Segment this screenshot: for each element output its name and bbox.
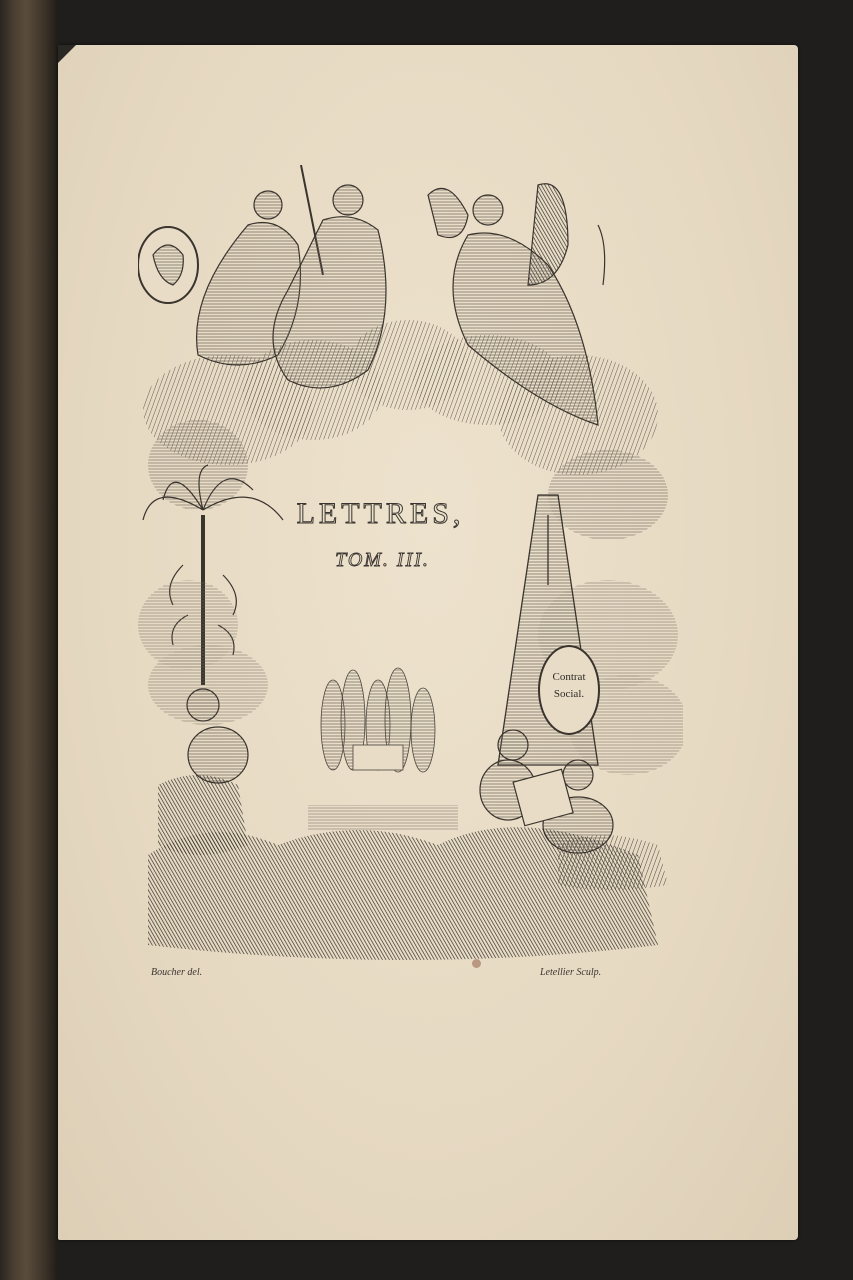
credit-engraver: Letellier Sculp. [540, 967, 601, 978]
title-lettres: LETTRES, [108, 497, 653, 531]
contrat-social-medallion: Contrat Social. [538, 645, 600, 735]
poplar-trees [321, 668, 435, 772]
medallion-line-1: Contrat [540, 669, 598, 686]
credit-designer: Boucher del. [151, 967, 202, 978]
engraving-plate: LETTRES, TOM. III. Contrat Social. [138, 165, 683, 970]
page: LETTRES, TOM. III. Contrat Social. Bouch… [58, 45, 798, 1240]
volume-label: TOM. III. [110, 549, 655, 572]
pond [308, 805, 458, 830]
book-spine [0, 0, 58, 1280]
medallion-line-2: Social. [540, 686, 598, 703]
folded-corner [58, 45, 76, 63]
